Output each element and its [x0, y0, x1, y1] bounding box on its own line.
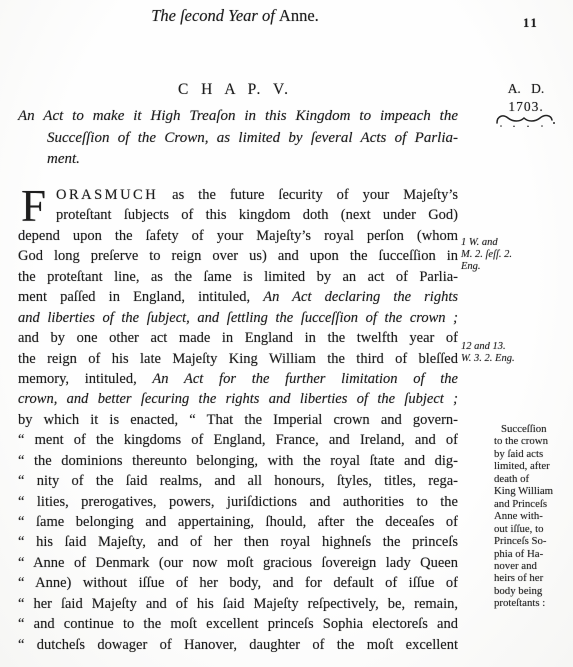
- body-line: ORASMUCH as the future ſecurity of your …: [18, 185, 458, 205]
- margin-note-line: and Princeſs: [494, 498, 572, 510]
- margin-note-line: death of: [494, 473, 572, 485]
- act-title-line: An Act to make it High Treaſon in this K…: [18, 106, 458, 128]
- margin-note-line: phia of Ha-: [494, 548, 572, 560]
- margin-note-1: 1 W. andM. 2. ſeſſ. 2.Eng.: [461, 237, 566, 272]
- body-line: and by one other act made in England in …: [18, 328, 458, 348]
- margin-note-line: Succeſſion: [494, 423, 572, 435]
- margin-note-line: by ſaid acts: [494, 448, 572, 460]
- body-line: “ ſame belonging and appertaining, ſhoul…: [18, 512, 458, 532]
- act-title-line: Succeſſion of the Crown, as limited by ſ…: [18, 128, 458, 150]
- margin-note-line: out iſſue, to: [494, 523, 572, 535]
- margin-note-3: Succeſſionto the crownby ſaid actslimite…: [494, 423, 572, 610]
- body-line: “ nity of the ſaid realms, and all honou…: [18, 471, 458, 491]
- act-title: An Act to make it High Treaſon in this K…: [18, 106, 458, 171]
- act-title-line: ment.: [18, 149, 458, 171]
- body-line: and liberties of the ſubject, and ſettli…: [18, 308, 458, 328]
- body-line: “ the dominions thereunto belonging, wit…: [18, 451, 458, 471]
- margin-note-line: M. 2. ſeſſ. 2.: [461, 249, 566, 261]
- margin-note-line: Princeſs So-: [494, 535, 572, 547]
- body-line: “ ment of the kingdoms of England, Franc…: [18, 430, 458, 450]
- page-number: 11: [523, 16, 539, 31]
- date-annotation-ad: A. D.: [490, 81, 562, 97]
- body-line: “ and continue to the moſt excellent pri…: [18, 614, 458, 634]
- chapter-heading: C H A P. V.: [79, 81, 389, 99]
- body-line: “ dutcheſs dowager of Hanover, daughter …: [18, 635, 458, 655]
- body-line: depend upon the ſafety of your Majeſty’s…: [18, 226, 458, 246]
- margin-note-line: King William: [494, 485, 572, 497]
- body-line: “ lities, prerogatives, powers, juriſdic…: [18, 492, 458, 512]
- body-line: God long preſerve to reign over us) and …: [18, 246, 458, 266]
- margin-note-line: heirs of her: [494, 572, 572, 584]
- body-line: “ Anne of Denmark (our now moſt gracious…: [18, 553, 458, 573]
- body-line: proteſtant ſubjects of this kingdom doth…: [18, 205, 458, 225]
- margin-note-line: Eng.: [461, 261, 566, 273]
- body-line: by which it is enacted, “ That the Imper…: [18, 410, 458, 430]
- body-line: “ her ſaid Majeſty and of his ſaid Majeſ…: [18, 594, 458, 614]
- date-annotation: A. D. 1703.: [490, 81, 562, 115]
- running-title: The ſecond Year of Anne.: [80, 6, 390, 26]
- margin-note-line: nover and: [494, 560, 572, 572]
- margin-note-line: proteſtants :: [494, 597, 572, 609]
- body-line: memory, intituled, An Act for the furthe…: [18, 369, 458, 389]
- margin-note-line: to the crown: [494, 435, 572, 447]
- margin-note-line: 1 W. and: [461, 237, 566, 249]
- margin-note-line: W. 3. 2. Eng.: [461, 353, 566, 365]
- body-line: the reign of his late Majeſty King Willi…: [18, 349, 458, 369]
- body-line: crown, and better ſecuring the rights an…: [18, 389, 458, 409]
- swash-flourish-icon: [494, 111, 556, 132]
- margin-note-line: Anne with-: [494, 510, 572, 522]
- body-text: ORASMUCH as the future ſecurity of your …: [18, 185, 458, 655]
- document-page: The ſecond Year of Anne. 11 C H A P. V. …: [0, 0, 573, 667]
- running-title-roman: Anne.: [279, 6, 319, 25]
- body-line: the proteſtant line, as the ſame is limi…: [18, 267, 458, 287]
- body-line: “ Anne) without iſſue of her body, and f…: [18, 573, 458, 593]
- margin-note-line: limited, after: [494, 460, 572, 472]
- body-line: “ his ſaid Majeſty, and of her then roya…: [18, 532, 458, 552]
- running-title-italic: The ſecond Year of: [151, 6, 279, 25]
- margin-note-line: 12 and 13.: [461, 341, 566, 353]
- margin-note-line: body being: [494, 585, 572, 597]
- body-line: ment paſſed in England, intituled, An Ac…: [18, 287, 458, 307]
- margin-note-2: 12 and 13.W. 3. 2. Eng.: [461, 341, 566, 365]
